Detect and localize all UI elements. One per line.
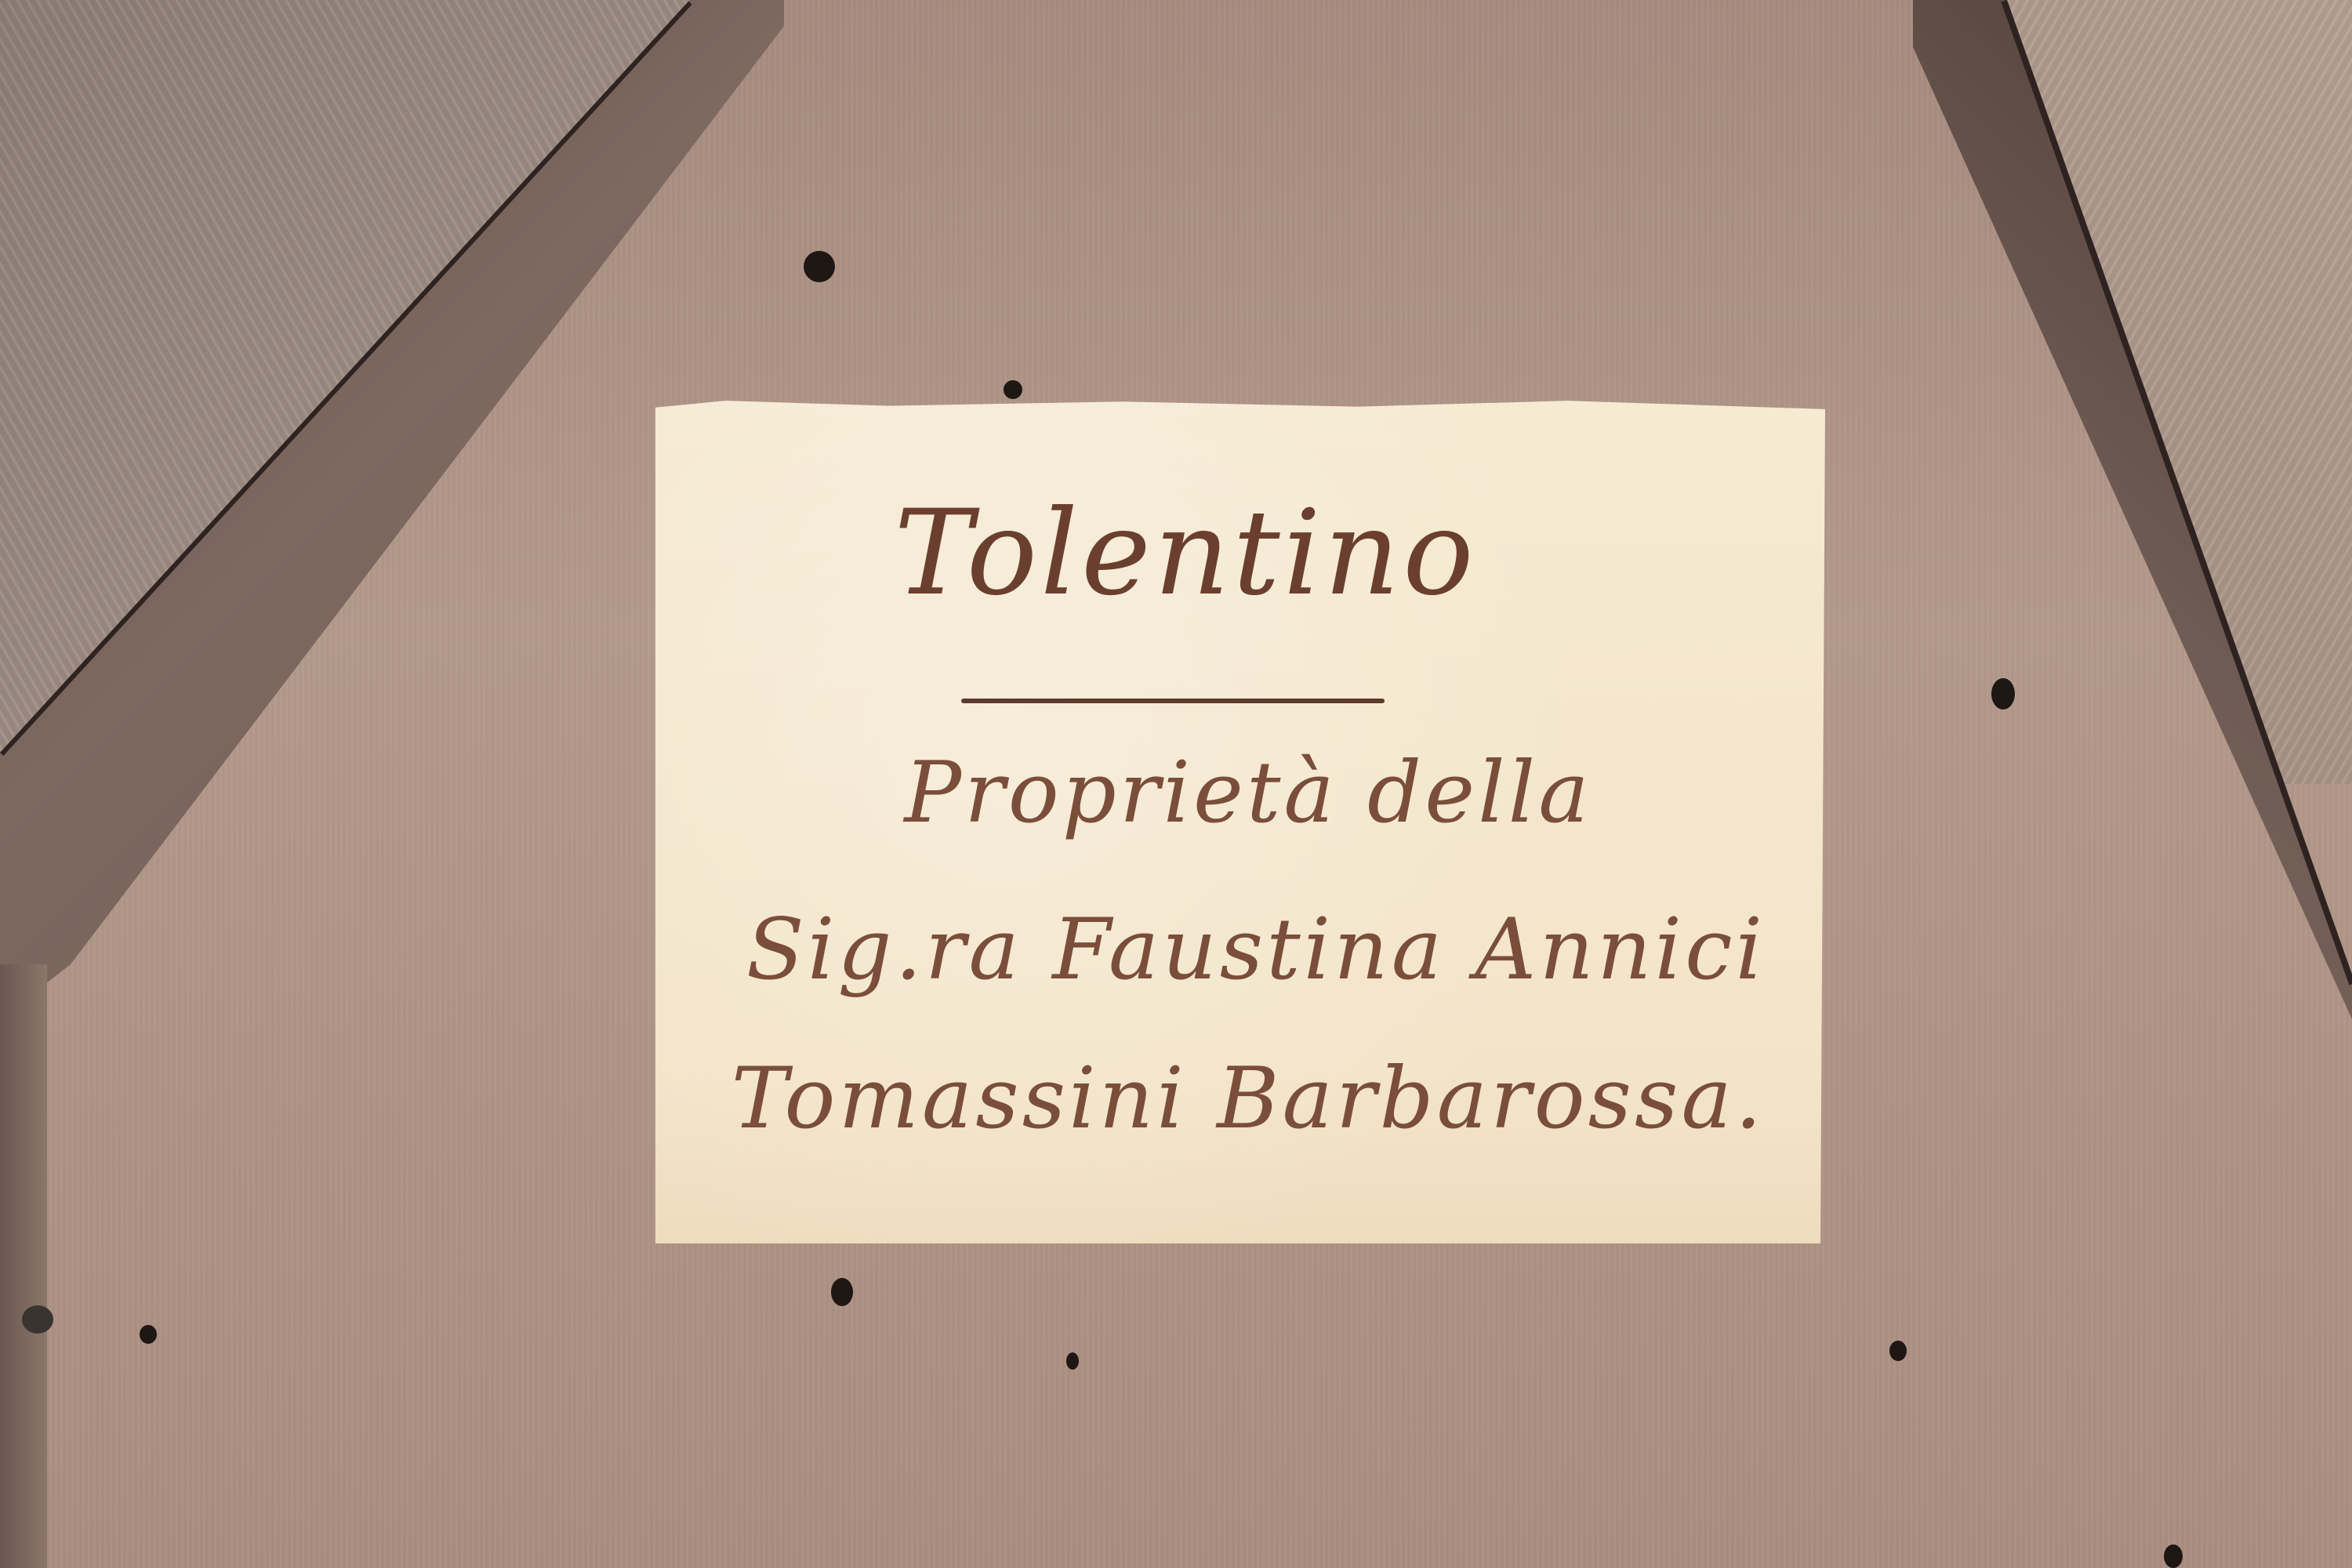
wormhole xyxy=(1066,1352,1079,1370)
label-line: Sig.ra Faustina Annici xyxy=(671,901,1841,999)
nail-head xyxy=(22,1305,53,1334)
label-line: Proprietà della xyxy=(663,744,1833,842)
wormhole xyxy=(831,1278,853,1306)
wormhole xyxy=(2164,1544,2183,1568)
wormhole xyxy=(1889,1341,1907,1361)
label-title: Tolentino xyxy=(601,485,1770,622)
label-line: Tomassini Barbarossa. xyxy=(663,1050,1833,1148)
label-underline xyxy=(961,699,1385,703)
frame-edge-left xyxy=(0,964,47,1568)
wormhole xyxy=(140,1325,157,1344)
handwritten-label: Tolentino Proprietà della Sig.ra Faustin… xyxy=(655,399,1825,1243)
wormhole xyxy=(1991,678,2015,710)
wormhole xyxy=(1004,380,1022,399)
wormhole xyxy=(804,251,835,282)
wood-panel-photo: Tolentino Proprietà della Sig.ra Faustin… xyxy=(0,0,2352,1568)
